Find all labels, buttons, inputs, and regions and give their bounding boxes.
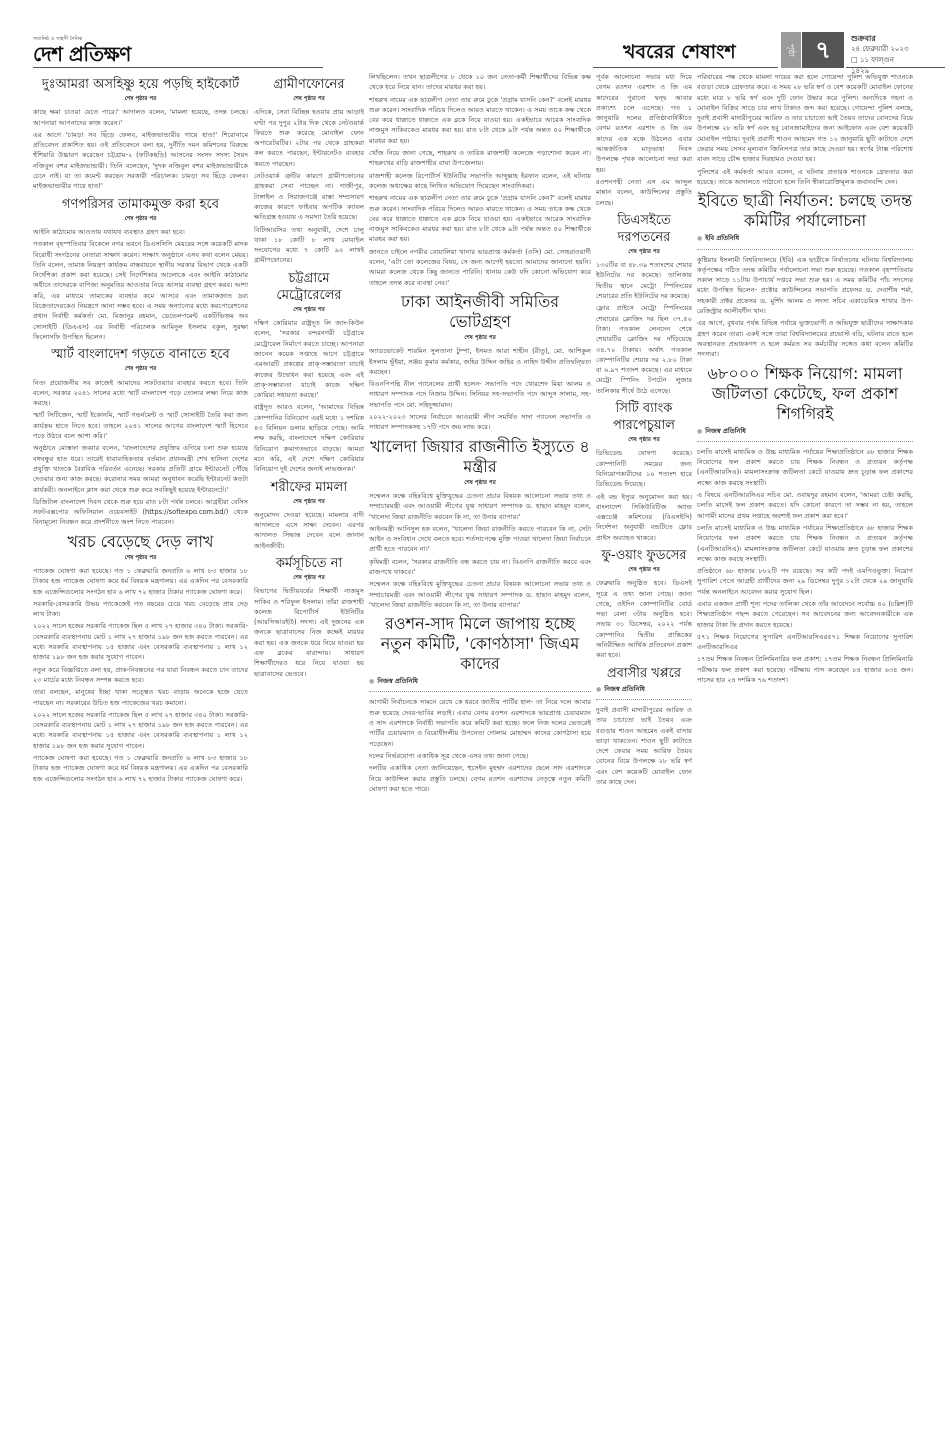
headline[interactable]: খরচ বেড়েছে দেড় লাখ (33, 532, 248, 552)
continued-label: শেষ পৃষ্ঠার পর (254, 94, 364, 104)
headline[interactable]: কর্মসূচিতে না (254, 555, 364, 572)
masthead-rule-right-2 (846, 67, 945, 68)
paragraph: এবার একজন প্রার্থী শূন্য পদের তালিকা থেক… (697, 599, 913, 630)
headline[interactable]: চট্টগ্রামে মেট্রোরেলের (254, 270, 364, 304)
masthead-rule-right (593, 67, 778, 68)
article-ctg-metro[interactable]: চট্টগ্রামে মেট্রোরেলের শেষ পৃষ্ঠার পর দক… (254, 270, 364, 475)
continued-label: শেষ পৃষ্ঠার পর (254, 573, 364, 583)
article-fu-wang[interactable]: ফু-ওয়াং ফুডসের শেষ পৃষ্ঠার পর ফেব্রুয়া… (596, 547, 692, 661)
paragraph: নিত্য প্রয়োজনীয় সব কাজেই আমাদের সফটওয়… (33, 378, 248, 409)
paragraph: নেটওয়ার্ক ত্রুটির কারণে গ্রামীণফোনের গ্… (254, 171, 364, 222)
column-3: লিখছিলেন। তখন ছাত্রলীগের ৮ থেকে ১০ জন নে… (369, 72, 591, 1442)
article-teacher-recruitment[interactable]: ৬৮০০০ শিক্ষক নিয়োগ: মামলা জটিলতা কেটেছে… (697, 364, 913, 686)
paragraph: চলতি মাসেই মাধ্যমিক ও উচ্চ মাধ্যমিক পর্য… (697, 523, 913, 564)
continued-label: শেষ পৃষ্ঠার পর (369, 478, 591, 488)
paragraph: প্যাকেজ ঘোষণা করা হয়েছে। গত ১ ফেব্রুয়া… (33, 753, 248, 784)
headline[interactable]: খালেদা জিয়ার রাজনীতি ইস্যুতে ৪ মন্ত্রীর (369, 437, 591, 477)
article-smart-bangladesh[interactable]: স্মার্ট বাংলাদেশ গড়তে বানাতে হবে শেষ পৃ… (33, 346, 248, 527)
article-dhaka-bar[interactable]: ঢাকা আইনজীবী সমিতির ভোটগ্রহণ শেষ পৃষ্ঠার… (369, 292, 591, 433)
paragraph: চলতি মাসেই মাধ্যমিক ও উচ্চ মাধ্যমিক পর্য… (697, 447, 913, 488)
article-hajj-cost[interactable]: খরচ বেড়েছে দেড় লাখ শেষ পৃষ্ঠার পর প্যা… (33, 532, 248, 784)
column-4: পূর্বক আলোচনা সভার মধ্য দিয়ে বেগম রওশন … (596, 72, 692, 1442)
headline[interactable]: শরীফের মামলা (254, 479, 364, 496)
article-grameenphone[interactable]: গ্রামীণফোনের শেষ পৃষ্ঠার পর এদিকে, সেবা … (254, 76, 364, 266)
paragraph: বিটিআরসির তথ্য অনুযায়ী, দেশে চালু থাকা … (254, 225, 364, 266)
column-5: পরিবারের পক্ষ থেকে মামলা দায়ের করা হলে … (697, 72, 913, 1442)
section-title: খবরের শেষাংশ (623, 38, 736, 70)
column-1: দুঃআমরা অসহিষ্ণু হয়ে পড়ছি হাইকোর্ট শেষ… (33, 72, 248, 1442)
continued-label: শেষ পৃষ্ঠার পর (369, 333, 591, 343)
paragraph: আইনমন্ত্রী আনিসুল হক বলেন, 'খালেদা জিয়া… (369, 524, 591, 555)
paragraph: গতকাল বৃহস্পতিবার বিকেলে নগর ভবনে ডিএসসি… (33, 239, 248, 342)
continued-label: শেষ পৃষ্ঠার পর (33, 94, 248, 104)
paragraph: রওশনপন্থী নেতা এস এম আব্দুল মান্নান বলেন… (596, 177, 692, 208)
paragraph: প্যাকেজ ঘোষণা করা হয়েছে। গত ১ ফেব্রুয়া… (33, 566, 248, 597)
paragraph: ২০২২ সালে হজের সরকারি প্যাকেজ ছিল ৫ লাখ … (33, 621, 248, 662)
headline[interactable]: ফু-ওয়াং ফুডসের (596, 547, 692, 564)
paragraph: পরিবারের পক্ষ থেকে মামলা দায়ের করা হলে … (697, 72, 913, 165)
masthead: সত্যনিষ্ঠ ও সাহসী দৈনিক দেশ প্রতিক্ষণ খব… (33, 0, 913, 70)
paragraph: আগামী নির্বাচনকে সামনে রেখে কে ধরবে জাতী… (369, 697, 591, 748)
newspaper-logo[interactable]: দেশ প্রতিক্ষণ (33, 40, 131, 73)
headline[interactable]: ডিএসইতে দরপতনের (596, 212, 692, 246)
article-shariful-case[interactable]: শরীফের মামলা শেষ পৃষ্ঠার পর অনুমোদন দেওয… (254, 479, 364, 551)
paragraph: তারা বলছেন, মানুষের ইচ্ছা থাকা সত্ত্বেও … (33, 687, 248, 708)
article-gold-fraud[interactable]: পরিবারের পক্ষ থেকে মামলা দায়ের করা হলে … (697, 72, 913, 187)
headline[interactable]: গ্রামীণফোনের (254, 76, 364, 93)
paragraph: এ বিষয়ে এনটিআরসিএর সচিব মো. ওবায়দুর রহ… (697, 490, 913, 521)
headline[interactable]: দুঃআমরা অসহিষ্ণু হয়ে পড়ছি হাইকোর্ট (33, 76, 248, 93)
paragraph: ১৭তম শিক্ষক নিবন্ধন প্রিলিমিনারির ফল প্র… (697, 654, 913, 685)
continued-label: শেষ পৃষ্ঠার পর (254, 305, 364, 315)
byline: নিজস্ব প্রতিনিধি (369, 676, 591, 687)
paragraph: রাষ্ট্রদূত আরও বলেন, 'আমাদের বিভিন্ন কোম… (254, 402, 364, 474)
paragraph: স্মার্ট সিটিজেন, স্মার্ট ইকোনমি, স্মার্ট… (33, 410, 248, 441)
paragraph: আইনি কাঠামোর আওতায় যথাযথ ব্যবস্থাও গ্রহ… (33, 227, 248, 237)
continued-label: শেষ পৃষ্ঠার পর (596, 435, 692, 445)
paragraph: বিভাগের দ্বিতীয়বর্ষের শিক্ষার্থী নাজমুস… (254, 586, 364, 679)
paragraph: দলের নির্ভরযোগ্য একাধিক সূত্র থেকে এসব ত… (369, 751, 591, 761)
article-dse[interactable]: ডিএসইতে দরপতনের শেষ পৃষ্ঠার পর ১৩০টির বা… (596, 212, 692, 396)
continued-label: শেষ পৃষ্ঠার পর (33, 214, 248, 224)
paragraph: ১৩০টির বা ৪৮.৩৯ শতাংশের শেয়ার ইউনিটের দ… (596, 260, 692, 301)
paragraph: নতুন করে বিজ্ঞপ্তিতে বলা হয়, প্রাক-নিবন… (33, 665, 248, 686)
paragraph: অনুমোদন দেওয়া হয়েছে। মামলার বাদী আদালত… (254, 510, 364, 551)
paragraph: কাছে ক্ষমা চাওয়া যেতে পারে।' আদালত বলেন… (33, 107, 248, 128)
paragraph: দলটির একাধিক নেতা জানিয়েছেন, হুসেইন মুহ… (369, 763, 591, 794)
headline[interactable]: গণপরিসর তামাকমুক্ত করা হবে (33, 196, 248, 213)
continued-label: শেষ পৃষ্ঠার পর (596, 565, 692, 575)
continued-label: শেষ পৃষ্ঠার পর (33, 553, 248, 563)
paragraph: শাহরুখ নামের এক ছাত্রলীগ নেতা তার রুমে ঢ… (369, 193, 591, 244)
paragraph: বিএনপিপন্থি নীল প্যানেলের প্রার্থী হলেন-… (369, 379, 591, 410)
paragraph: সম্মেলন কক্ষে বহিঃবিশ্বে মুক্তিযুদ্ধের চ… (369, 579, 591, 610)
article-jatiya-party[interactable]: রওশন-সাদ মিলে জাপায় হচ্ছে নতুন কমিটি, '… (369, 614, 591, 794)
divider (697, 249, 913, 250)
headline[interactable]: প্রবাসীর খপ্পরে (596, 665, 692, 682)
paragraph: ২০২২-২০২৩ সালের নির্বাচনে আওয়ামী লীগ সম… (369, 412, 591, 433)
paragraph: এর আগে, বুধবার পর্যন্ত বিভিন্ন পর্যায়ে … (697, 318, 913, 359)
article-college-continued[interactable]: লিখছিলেন। তখন ছাত্রলীগের ৮ থেকে ১০ জন নে… (369, 72, 591, 288)
paragraph: ৫৭১ শিক্ষক নিয়োগের সুপারিশ এনটিআরসিএর৫৭… (697, 632, 913, 653)
paragraph: ২০২২ সালে হজের সরকারি প্যাকেজ ছিল ৫ লাখ … (33, 710, 248, 751)
article-tobacco[interactable]: গণপরিসর তামাকমুক্ত করা হবে শেষ পৃষ্ঠার প… (33, 196, 248, 343)
paragraph: পূর্বক আলোচনা সভার মধ্য দিয়ে বেগম রওশন … (596, 72, 692, 175)
paragraph: কৃষিমন্ত্রী বলেন, 'সরকার রাজনীতি বন্ধ কর… (369, 557, 591, 578)
article-khaleda[interactable]: খালেদা জিয়ার রাজনীতি ইস্যুতে ৪ মন্ত্রীর… (369, 437, 591, 611)
page-label: পৃষ্ঠা (781, 32, 801, 68)
byline: নিজস্ব প্রতিনিধি (596, 684, 692, 695)
paragraph: অ্যাডভোকেট শারমিন সুলতানা টুম্পা, ইসমত আ… (369, 346, 591, 377)
headline[interactable]: স্মার্ট বাংলাদেশ গড়তে বানাতে হবে (33, 346, 248, 363)
paragraph: লিখছিলেন। তখন ছাত্রলীগের ৮ থেকে ১০ জন নে… (369, 72, 591, 93)
paragraph: রাজশাহী কলেজ রিপোর্টার্স ইউনিটির সভাপতি … (369, 171, 591, 192)
continued-label: শেষ পৃষ্ঠার পর (33, 364, 248, 374)
column-2: গ্রামীণফোনের শেষ পৃষ্ঠার পর এদিকে, সেবা … (254, 72, 364, 1442)
dateline: শুক্রবার ২৪ ফেব্রুয়ারী ২০২৩ □ ১১ ফাল্গু… (851, 33, 913, 77)
continued-label: শেষ পৃষ্ঠার পর (596, 247, 692, 257)
paragraph: দক্ষিণ কোরিয়ার রাষ্ট্রদূত লি জাং-কিউন ব… (254, 318, 364, 400)
continued-label: শেষ পৃষ্ঠার পর (254, 497, 364, 507)
paragraph: পুলিশের এই কর্মকর্তা আরও বলেন, এ ঘটনায় … (697, 167, 913, 188)
paragraph: ফ্লোর প্রাইসে মেট্রো স্পিনিংয়ের শেয়ারে… (596, 303, 692, 396)
paragraph: কুষ্টিয়ার ইসলামী বিশ্ববিদ্যালয়ে (ইবি) … (697, 255, 913, 317)
paragraph: জানতে চাইলে নগরীর বোয়ালিয়া থানার ভারপ্… (369, 247, 591, 288)
headline[interactable]: ৬৮০০০ শিক্ষক নিয়োগ: মামলা জটিলতা কেটেছে… (697, 364, 913, 424)
paragraph: এর আগে 'চামড়া সব ছিঁড়ে ফেলব, মাইজভান্ড… (33, 130, 248, 192)
article-iu-harassment[interactable]: ইবিতে ছাত্রী নির্যাতন: চলছে তদন্ত কমিটির… (697, 191, 913, 359)
article-expat[interactable]: প্রবাসীর খপ্পরে নিজস্ব প্রতিনিধি দুবাই প… (596, 665, 692, 788)
paragraph: এদিকে, সেবা বিচ্ছিন্ন হওয়ার প্রায় আড়া… (254, 107, 364, 169)
headline[interactable]: ইবিতে ছাত্রী নির্যাতন: চলছে তদন্ত কমিটির… (697, 191, 913, 231)
paragraph: ডিভিডেন্ড ঘোষণা করেছে। কোম্পানিটি সময়ের… (596, 448, 692, 489)
page-number: ৭ (802, 32, 844, 68)
article-high-court[interactable]: দুঃআমরা অসহিষ্ণু হয়ে পড়ছি হাইকোর্ট শেষ… (33, 76, 248, 192)
paragraph: ডিজিটাল বাংলাদেশ দিবস থেকে শুরু হয়ে রাত… (33, 497, 248, 528)
paragraph: দুবাই প্রবাসী মাদারীপুরের আরিফ ও তার চাচ… (596, 705, 692, 787)
divider (369, 691, 591, 692)
article-programme[interactable]: কর্মসূচিতে না শেষ পৃষ্ঠার পর বিভাগের দ্ব… (254, 555, 364, 679)
byline: ইবি প্রতিনিধি (697, 233, 913, 244)
paragraph: সরকারি-বেসরকারি উভয় প্যাকেজেই গত বছরের … (33, 599, 248, 620)
paragraph: ফেব্রুয়ারি অনুষ্ঠিত হবে। ডিএসই সূত্রে এ… (596, 578, 692, 660)
paragraph: শাহরুখ নামের এক ছাত্রলীগ নেতা তার রুমে ঢ… (369, 95, 591, 146)
paragraph: এই বন্ড ইস্যুর অনুমোদন করা হয়। বাংলাদেশ… (596, 492, 692, 543)
divider (596, 699, 692, 700)
weekday: শুক্রবার (851, 33, 913, 44)
headline[interactable]: রওশন-সাদ মিলে জাপায় হচ্ছে নতুন কমিটি, '… (369, 614, 591, 674)
article-jp-continued[interactable]: পূর্বক আলোচনা সভার মধ্য দিয়ে বেগম রওশন … (596, 72, 692, 208)
paragraph: খোঁজ নিয়ে জানা গেছে, শাহরুখ ও তারিক রাজ… (369, 148, 591, 169)
paragraph: অনুষ্ঠানে মোস্তফা জব্বার বলেন, 'বাংলাদেশ… (33, 443, 248, 494)
headline[interactable]: ঢাকা আইনজীবী সমিতির ভোটগ্রহণ (369, 292, 591, 332)
headline[interactable]: সিটি ব্যাংক পারপেচুয়াল (596, 400, 692, 434)
masthead-rule (33, 67, 323, 68)
paragraph: প্রতিষ্ঠানে ৬৮ হাজার ৮৮২টি পদ রয়েছে। সব… (697, 566, 913, 597)
divider (697, 441, 913, 442)
paragraph: সম্মেলন কক্ষে বহিঃবিশ্বে মুক্তিযুদ্ধের চ… (369, 491, 591, 522)
article-city-bank[interactable]: সিটি ব্যাংক পারপেচুয়াল শেষ পৃষ্ঠার পর ড… (596, 400, 692, 543)
byline: নিজস্ব প্রতিনিধি (697, 426, 913, 437)
